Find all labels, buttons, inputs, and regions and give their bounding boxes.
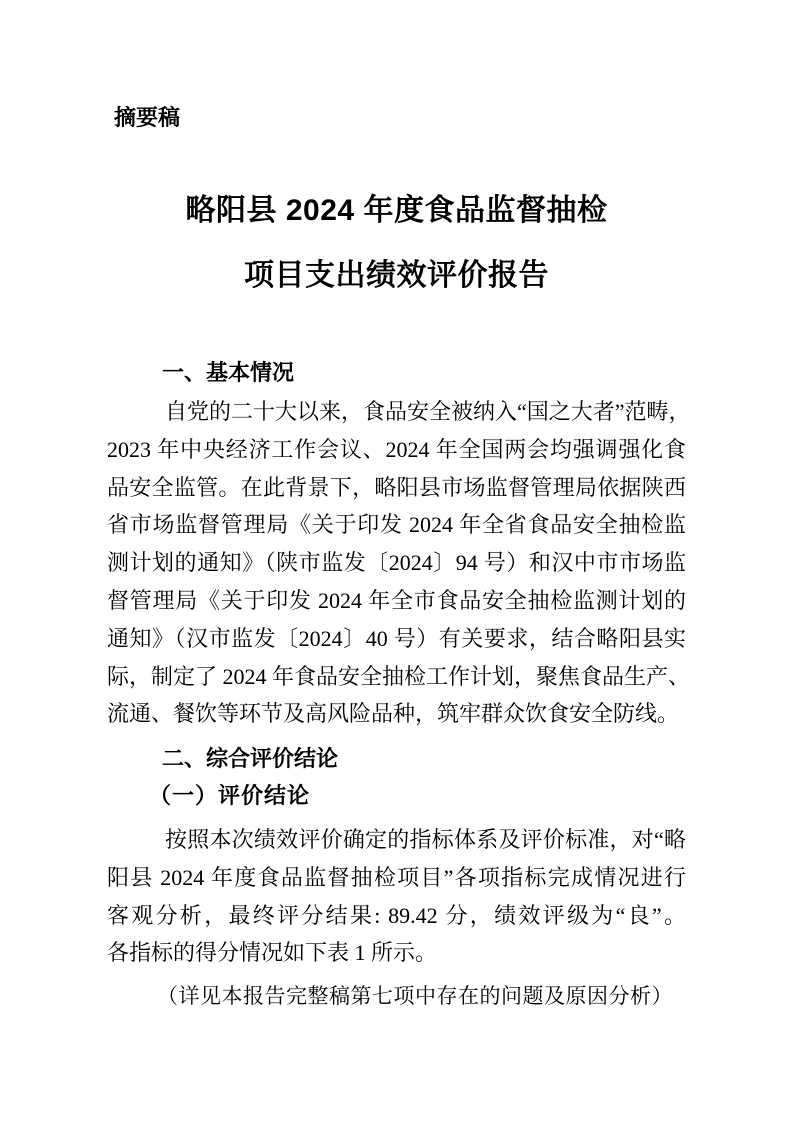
text-line: 督管理局《关于印发 2024 年全市食品安全抽检监测计划的 xyxy=(107,582,686,620)
text-line: 流通、餐饮等环节及高风险品种，筑牢群众饮食安全防线。 xyxy=(107,695,686,733)
paragraph-evaluation-result: 按照本次绩效评价确定的指标体系及评价标准，对“略 阳县 2024 年度食品监督抽… xyxy=(107,821,686,972)
text-line: 品安全监管。在此背景下，略阳县市场监督管理局依据陕西 xyxy=(107,469,686,507)
doc-type-label: 摘要稿 xyxy=(114,104,180,132)
text-line: 省市场监督管理局《关于印发 2024 年全省食品安全抽检监 xyxy=(107,506,686,544)
text-line: 按照本次绩效评价确定的指标体系及评价标准，对“略 xyxy=(107,821,686,859)
section-heading-basic-info: 一、基本情况 xyxy=(107,358,686,388)
text-line: 际，制定了 2024 年食品安全抽检工作计划，聚焦食品生产、 xyxy=(107,658,686,696)
reference-note: （详见本报告完整稿第七项中存在的问题及原因分析） xyxy=(107,980,686,1012)
text-line: 通知》（汉市监发〔2024〕40 号）有关要求，结合略阳县实 xyxy=(107,620,686,658)
document-page: 摘要稿 略阳县 2024 年度食品监督抽检 项目支出绩效评价报告 一、基本情况 … xyxy=(0,0,793,1122)
paragraph-basic-info: 自党的二十大以来，食品安全被纳入“国之大者”范畴， 2023 年中央经济工作会议… xyxy=(107,393,686,733)
report-title-line-2: 项目支出绩效评价报告 xyxy=(0,257,793,295)
section-heading-evaluation-conclusion: 二、综合评价结论 xyxy=(107,744,686,774)
text-line: 各指标的得分情况如下表 1 所示。 xyxy=(107,934,686,972)
text-line: 2023 年中央经济工作会议、2024 年全国两会均强调强化食 xyxy=(107,431,686,469)
text-line: 测计划的通知》（陕市监发〔2024〕94 号）和汉中市市场监 xyxy=(107,544,686,582)
text-line: 自党的二十大以来，食品安全被纳入“国之大者”范畴， xyxy=(107,393,686,431)
text-line: 客观分析，最终评分结果: 89.42 分，绩效评级为“良”。 xyxy=(107,897,686,935)
text-line: 阳县 2024 年度食品监督抽检项目”各项指标完成情况进行 xyxy=(107,859,686,897)
subsection-heading-evaluation-result: （一）评价结论 xyxy=(107,781,686,811)
report-title-line-1: 略阳县 2024 年度食品监督抽检 xyxy=(0,192,793,230)
